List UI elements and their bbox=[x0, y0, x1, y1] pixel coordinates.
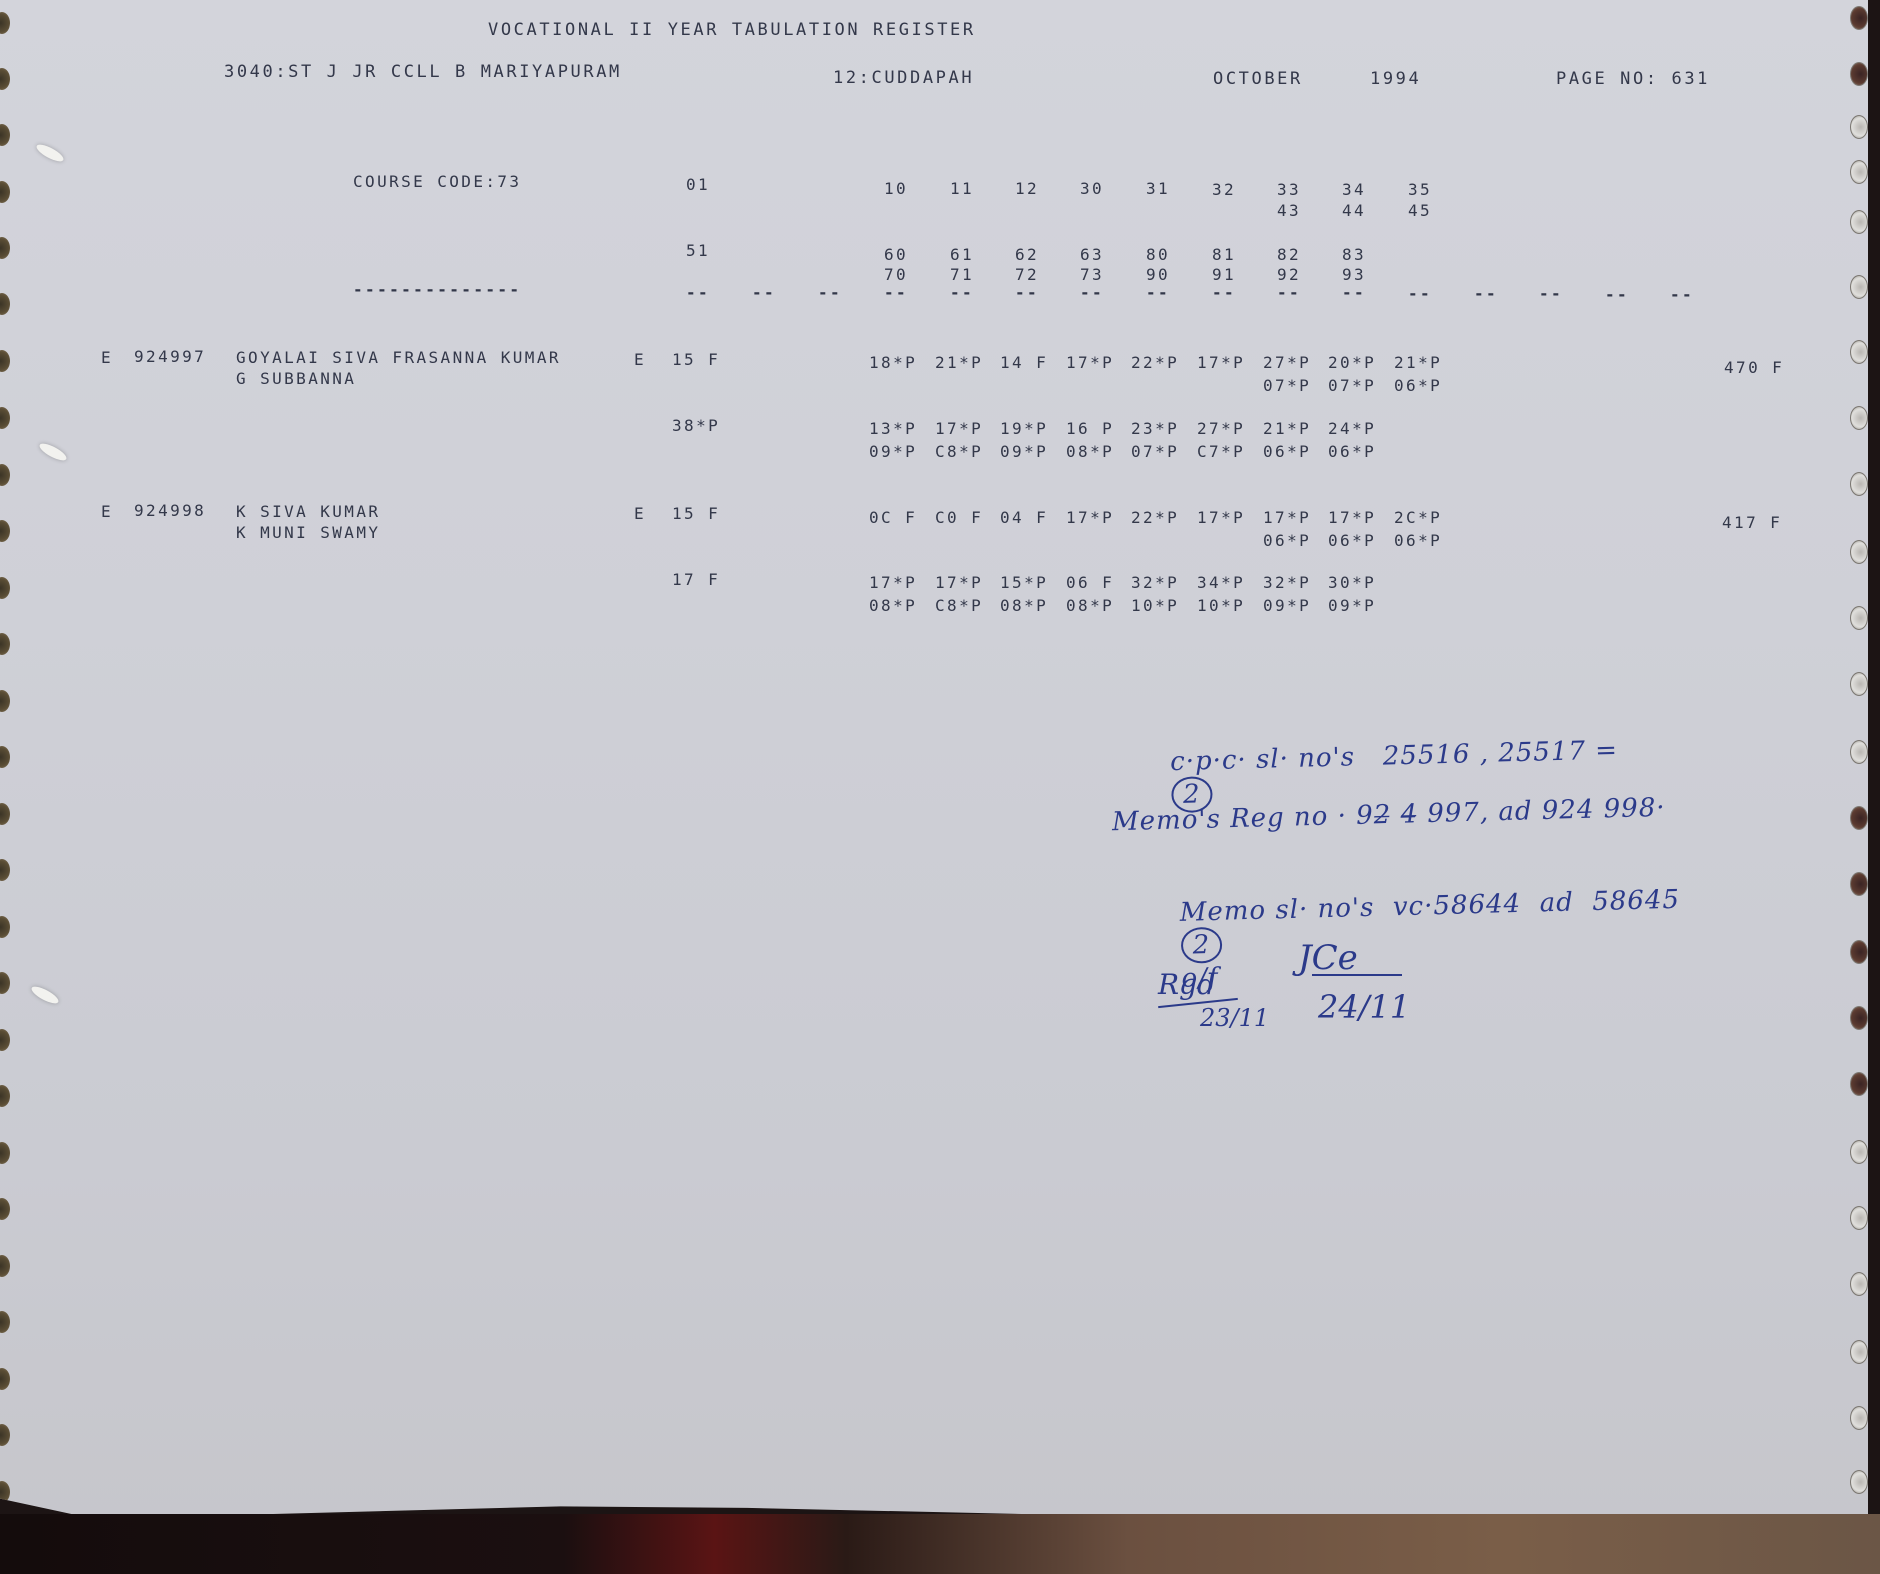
exam-year: 1994 bbox=[1370, 69, 1421, 89]
group: E bbox=[634, 504, 646, 524]
total-result: 470 F bbox=[1724, 358, 1784, 378]
torn-mark bbox=[37, 441, 68, 464]
table-surface bbox=[0, 1514, 1880, 1574]
part1-result: 15 F bbox=[672, 504, 720, 524]
code-01: 01 bbox=[686, 175, 710, 195]
medium: E bbox=[101, 502, 113, 522]
signature-1-date: 23/11 bbox=[1200, 1004, 1269, 1032]
reg-no: 924997 bbox=[134, 347, 206, 367]
torn-mark bbox=[29, 984, 60, 1007]
father-name: G SUBBANNA bbox=[236, 369, 356, 389]
father-name: K MUNI SWAMY bbox=[236, 523, 380, 543]
part1-result: 15 F bbox=[672, 350, 720, 370]
course-code: COURSE CODE:73 bbox=[353, 172, 521, 192]
page-number: PAGE NO: 631 bbox=[1556, 69, 1710, 89]
signature-2-underline bbox=[1312, 974, 1402, 976]
signature-1: Rgd bbox=[1158, 968, 1215, 1001]
register-title: VOCATIONAL II YEAR TABULATION REGISTER bbox=[488, 20, 976, 40]
signature-2-date: 24/11 bbox=[1318, 988, 1410, 1026]
part2-result: 17 F bbox=[672, 570, 720, 590]
code-51: 51 bbox=[686, 241, 710, 261]
student-name: K SIVA KUMAR bbox=[236, 502, 380, 522]
register-page: VOCATIONAL II YEAR TABULATION REGISTER 3… bbox=[0, 0, 1868, 1545]
group: E bbox=[634, 350, 646, 370]
medium: E bbox=[101, 348, 113, 368]
part2-result: 38*P bbox=[672, 416, 720, 436]
torn-mark bbox=[34, 142, 65, 165]
district-name: 12:CUDDAPAH bbox=[833, 68, 974, 88]
student-name: GOYALAI SIVA FRASANNA KUMAR bbox=[236, 348, 561, 368]
circled-count: 2 bbox=[1180, 927, 1222, 964]
reg-no: 924998 bbox=[134, 501, 206, 521]
total-result: 417 F bbox=[1722, 513, 1782, 533]
college-name: 3040:ST J JR CCLL B MARIYAPURAM bbox=[224, 62, 622, 82]
exam-month: OCTOBER bbox=[1213, 69, 1303, 89]
signature-2: JCe bbox=[1298, 938, 1358, 978]
